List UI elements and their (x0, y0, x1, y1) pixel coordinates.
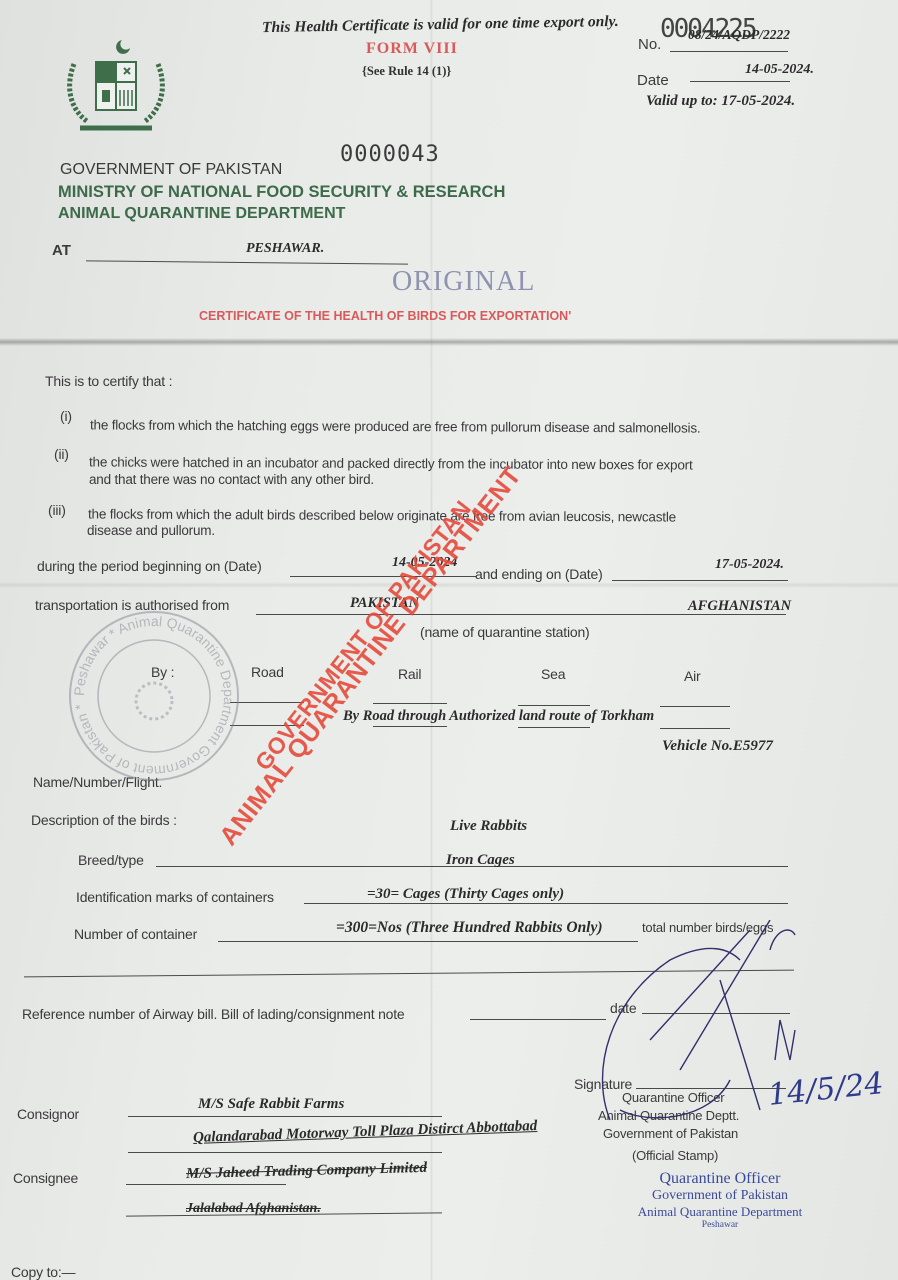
clause-text: the chicks were hatched in an incubator … (89, 454, 693, 472)
mode-rail-line-2 (373, 726, 447, 727)
handwritten-signature (590, 920, 820, 1130)
round-seal-text: Peshawar * Animal Quarantine Department … (71, 613, 237, 779)
clause-text-cont: disease and pullorum. (87, 523, 215, 538)
clause-text: the flocks from which the hatching eggs … (90, 417, 701, 435)
signature-stamp-note: (Official Stamp) (632, 1148, 718, 1163)
period-end-underline (612, 580, 788, 581)
original-stamp: ORIGINAL (392, 266, 535, 298)
reference-label: Reference number of Airway bill. Bill of… (22, 1006, 405, 1022)
ministry-line: MINISTRY OF NATIONAL FOOD SECURITY & RES… (58, 183, 505, 202)
id-marks-label: Identification marks of containers (76, 889, 274, 905)
at-label: AT (52, 242, 71, 259)
breed-label: Breed/type (78, 852, 144, 868)
department-line: ANIMAL QUARANTINE DEPARTMENT (58, 205, 345, 223)
clause-number: (ii) (54, 446, 69, 462)
consignor-underline (128, 1116, 442, 1117)
date-label: Date (637, 72, 669, 89)
official-stamp-line3: Animal Quarantine Department (600, 1204, 840, 1220)
no-underline (670, 51, 788, 52)
issue-date: 14-05-2024. (745, 62, 814, 78)
consignor-address-underline (128, 1152, 442, 1153)
id-marks-value: =30= Cages (Thirty Cages only) (367, 886, 564, 903)
pakistan-emblem-icon (60, 34, 172, 142)
consignor-address: Qalandarabad Motorway Toll Plaza Distirc… (193, 1118, 538, 1147)
svg-text:Peshawar * Animal Quarantine D: Peshawar * Animal Quarantine Department … (71, 613, 237, 779)
clause-text: the flocks from which the adult birds de… (88, 506, 676, 524)
clause-text-cont: and that there was no contact with any o… (89, 472, 374, 487)
description-label: Description of the birds : (31, 812, 177, 828)
certificate-number: 08/24/AQDP/2222 (688, 27, 790, 43)
mode-air-line (660, 706, 730, 707)
id-marks-underline (304, 903, 788, 904)
official-stamp-line1: Quarantine Officer (600, 1170, 840, 1188)
transport-to-value: AFGHANISTAN (688, 598, 791, 615)
validity-note: This Health Certificate is valid for one… (262, 13, 619, 37)
description-value: Live Rabbits (450, 818, 527, 835)
containers-label: Number of container (74, 926, 197, 942)
vehicle-value: Vehicle No.E5977 (662, 738, 773, 755)
official-stamp-line2: Government of Pakistan (600, 1188, 840, 1204)
valid-up-to: Valid up to: 17-05-2024. (646, 93, 795, 110)
paper-fold-horizontal-2 (0, 582, 898, 588)
clause-number: (i) (60, 408, 72, 424)
reference-underline (470, 1019, 606, 1020)
period-end-label: and ending on (Date) (475, 566, 603, 582)
round-seal-icon: Peshawar * Animal Quarantine Department … (64, 606, 244, 786)
route-value: By Road through Authorized land route of… (343, 708, 654, 725)
official-stamp: Quarantine Officer Government of Pakista… (600, 1170, 840, 1230)
mode-road: Road (251, 664, 284, 680)
containers-underline (218, 941, 638, 942)
clause-number: (iii) (48, 502, 66, 518)
certify-intro: This is to certify that : (45, 373, 172, 389)
serial-number: 0000043 (340, 142, 440, 167)
mode-air-line-2 (660, 728, 730, 729)
mode-rail: Rail (398, 666, 421, 682)
no-label: No. (638, 36, 661, 53)
breed-value: Iron Cages (446, 852, 515, 869)
mode-air: Air (684, 668, 701, 684)
containers-value: =300=Nos (Three Hundred Rabbits Only) (336, 919, 603, 937)
mode-sea-line (518, 705, 590, 706)
date-underline (690, 81, 790, 82)
official-stamp-line4: Peshawar (600, 1220, 840, 1230)
mode-sea-line-2 (518, 727, 590, 728)
consignor-label: Consignor (17, 1106, 79, 1122)
copy-to-label: Copy to:— (11, 1264, 75, 1280)
period-begin-label: during the period beginning on (Date) (37, 558, 262, 574)
period-end-date: 17-05-2024. (715, 557, 784, 573)
form-title: FORM VIII (366, 40, 458, 58)
consignee-underline (126, 1184, 286, 1185)
at-underline (86, 260, 408, 264)
gov-line: GOVERNMENT OF PAKISTAN (60, 161, 282, 179)
station-name: PESHAWAR. (246, 241, 324, 257)
mode-sea: Sea (541, 666, 565, 682)
station-note: (name of quarantine station) (420, 624, 590, 640)
consignor-name: M/S Safe Rabbit Farms (198, 1096, 344, 1113)
consignee-label: Consignee (13, 1170, 78, 1186)
consignee-name: M/S Jaheed Trading Company Limited (186, 1160, 427, 1183)
mode-rail-line (373, 703, 447, 704)
form-rule: {See Rule 14 (1)} (362, 64, 451, 79)
certificate-title: CERTIFICATE OF THE HEALTH OF BIRDS FOR E… (199, 309, 571, 323)
paper-fold-horizontal (0, 338, 898, 346)
